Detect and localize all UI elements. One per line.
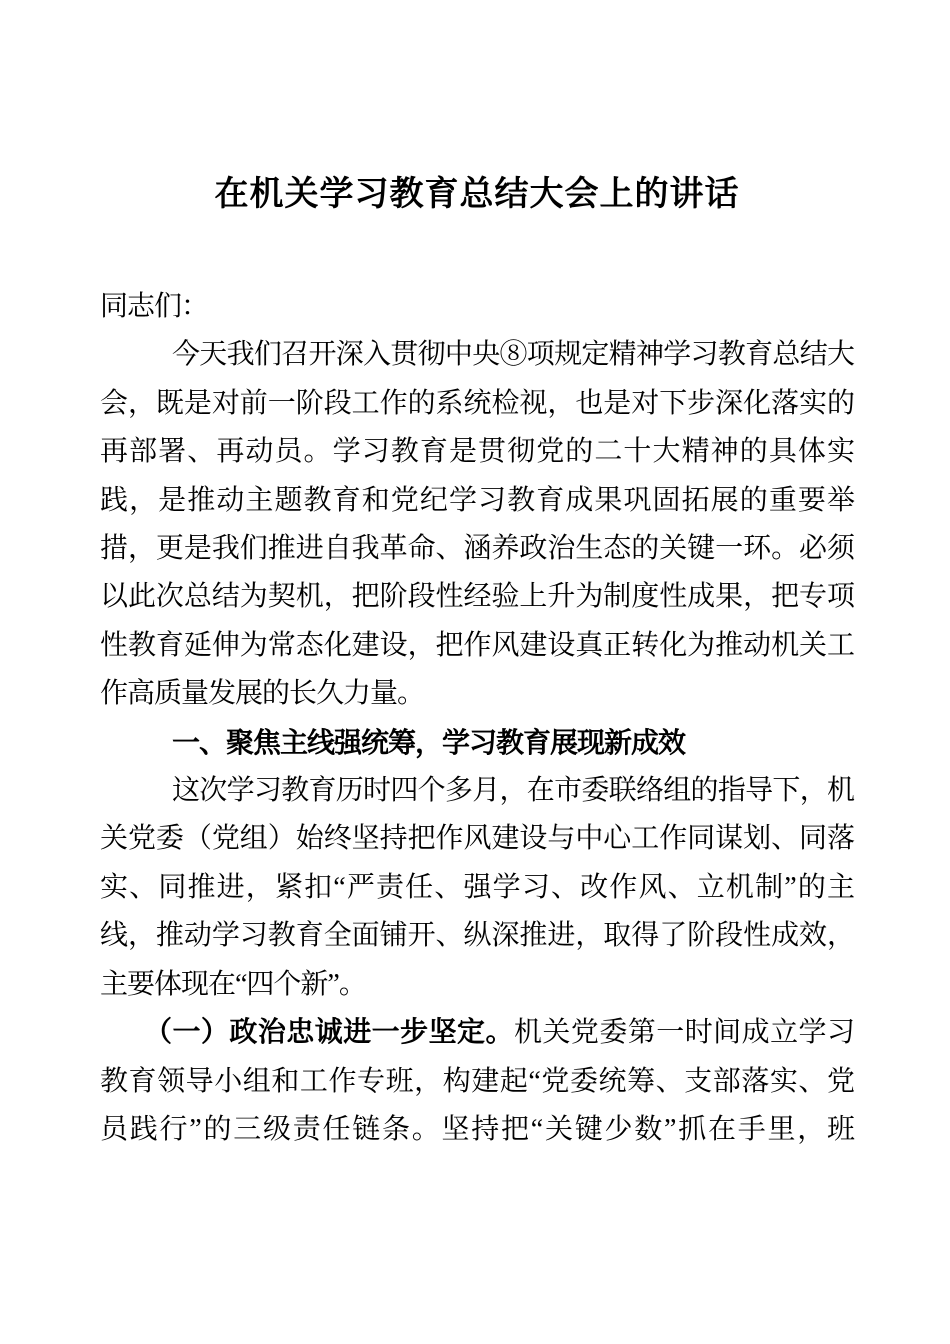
- paragraph-line: 教育领导小组和工作专班，构建起“党委统筹、支部落实、党: [100, 1058, 854, 1106]
- paragraph-line: 以此次总结为契机，把阶段性经验上升为制度性成果，把专项: [100, 573, 854, 621]
- paragraph-line: 措，更是我们推进自我革命、涵养政治生态的关键一环。必须: [100, 525, 854, 573]
- document-page: 在机关学习教育总结大会上的讲话 同志们： 今天我们召开深入贯彻中央⑧项规定精神学…: [0, 0, 950, 1344]
- section-1-heading: 一、聚焦主线强统筹，学习教育展现新成效: [100, 719, 854, 767]
- paragraph-line: 会，既是对前一阶段工作的系统检视，也是对下步深化落实的: [100, 380, 854, 428]
- point-1-text: 机关党委第一时间成立学习: [514, 1017, 854, 1048]
- salutation-line: 同志们：: [100, 283, 854, 331]
- paragraph-line: 再部署、再动员。学习教育是贯彻党的二十大精神的具体实: [100, 428, 854, 476]
- paragraph-line: 今天我们召开深入贯彻中央⑧项规定精神学习教育总结大: [100, 331, 854, 379]
- document-body: 同志们： 今天我们召开深入贯彻中央⑧项规定精神学习教育总结大 会，既是对前一阶段…: [100, 283, 854, 1154]
- document-title: 在机关学习教育总结大会上的讲话: [100, 170, 854, 220]
- paragraph-line: 员践行”的三级责任链条。坚持把“关键少数”抓在手里，班: [100, 1106, 854, 1154]
- paragraph-line: 践，是推动主题教育和党纪学习教育成果巩固拓展的重要举: [100, 477, 854, 525]
- document-content: 在机关学习教育总结大会上的讲话 同志们： 今天我们召开深入贯彻中央⑧项规定精神学…: [100, 0, 854, 1154]
- paragraph-line: 这次学习教育历时四个多月，在市委联络组的指导下，机: [100, 767, 854, 815]
- paragraph-line: 关党委（党组）始终坚持把作风建设与中心工作同谋划、同落: [100, 815, 854, 863]
- paragraph-line: 作高质量发展的长久力量。: [100, 670, 854, 718]
- paragraph-line: 主要体现在“四个新”。: [100, 961, 854, 1009]
- paragraph-line: 实、同推进，紧扣“严责任、强学习、改作风、立机制”的主: [100, 864, 854, 912]
- point-1-lead: （一）政治忠诚进一步坚定。: [144, 1017, 514, 1048]
- paragraph-line: 线，推动学习教育全面铺开、纵深推进，取得了阶段性成效，: [100, 912, 854, 960]
- paragraph-line: 性教育延伸为常态化建设，把作风建设真正转化为推动机关工: [100, 622, 854, 670]
- paragraph-line: （一）政治忠诚进一步坚定。机关党委第一时间成立学习: [100, 1009, 854, 1057]
